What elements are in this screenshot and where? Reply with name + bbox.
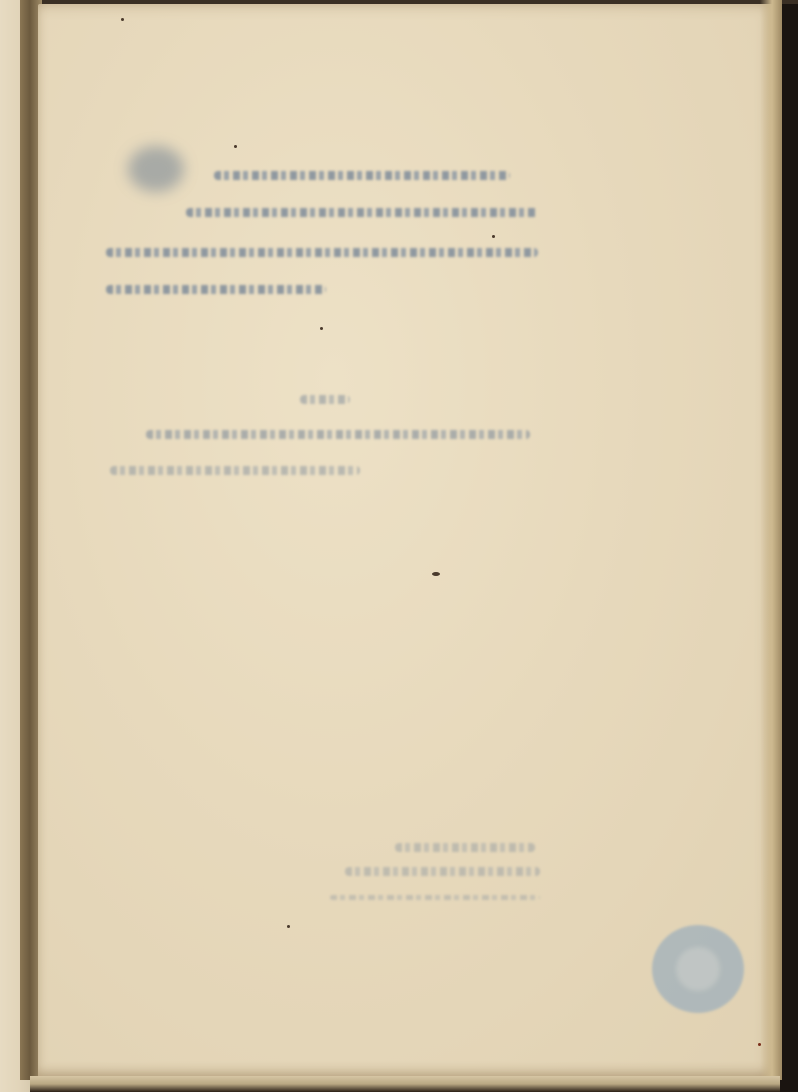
bleed-line xyxy=(214,171,510,180)
bleed-line xyxy=(300,395,350,404)
ink-blot xyxy=(128,146,184,192)
bleed-line xyxy=(106,248,538,257)
bleed-line xyxy=(395,843,535,852)
paper-speck xyxy=(121,18,124,21)
paper-speck xyxy=(758,1043,761,1046)
bleed-line xyxy=(110,466,360,475)
stamp-center xyxy=(676,947,720,991)
bleed-line xyxy=(345,867,540,876)
bleed-line xyxy=(106,285,326,294)
bleed-line xyxy=(186,208,538,217)
paper-speck xyxy=(287,925,290,928)
library-stamp-bleed-through xyxy=(652,925,744,1013)
paper-speck xyxy=(234,145,237,148)
bleed-line xyxy=(330,895,540,900)
paper-speck xyxy=(492,235,495,238)
bleed-line xyxy=(146,430,530,439)
deckle-edge-bottom xyxy=(30,1076,780,1092)
deckle-edge-right xyxy=(760,0,782,1080)
paper-speck xyxy=(432,572,440,576)
paper-speck xyxy=(320,327,323,330)
